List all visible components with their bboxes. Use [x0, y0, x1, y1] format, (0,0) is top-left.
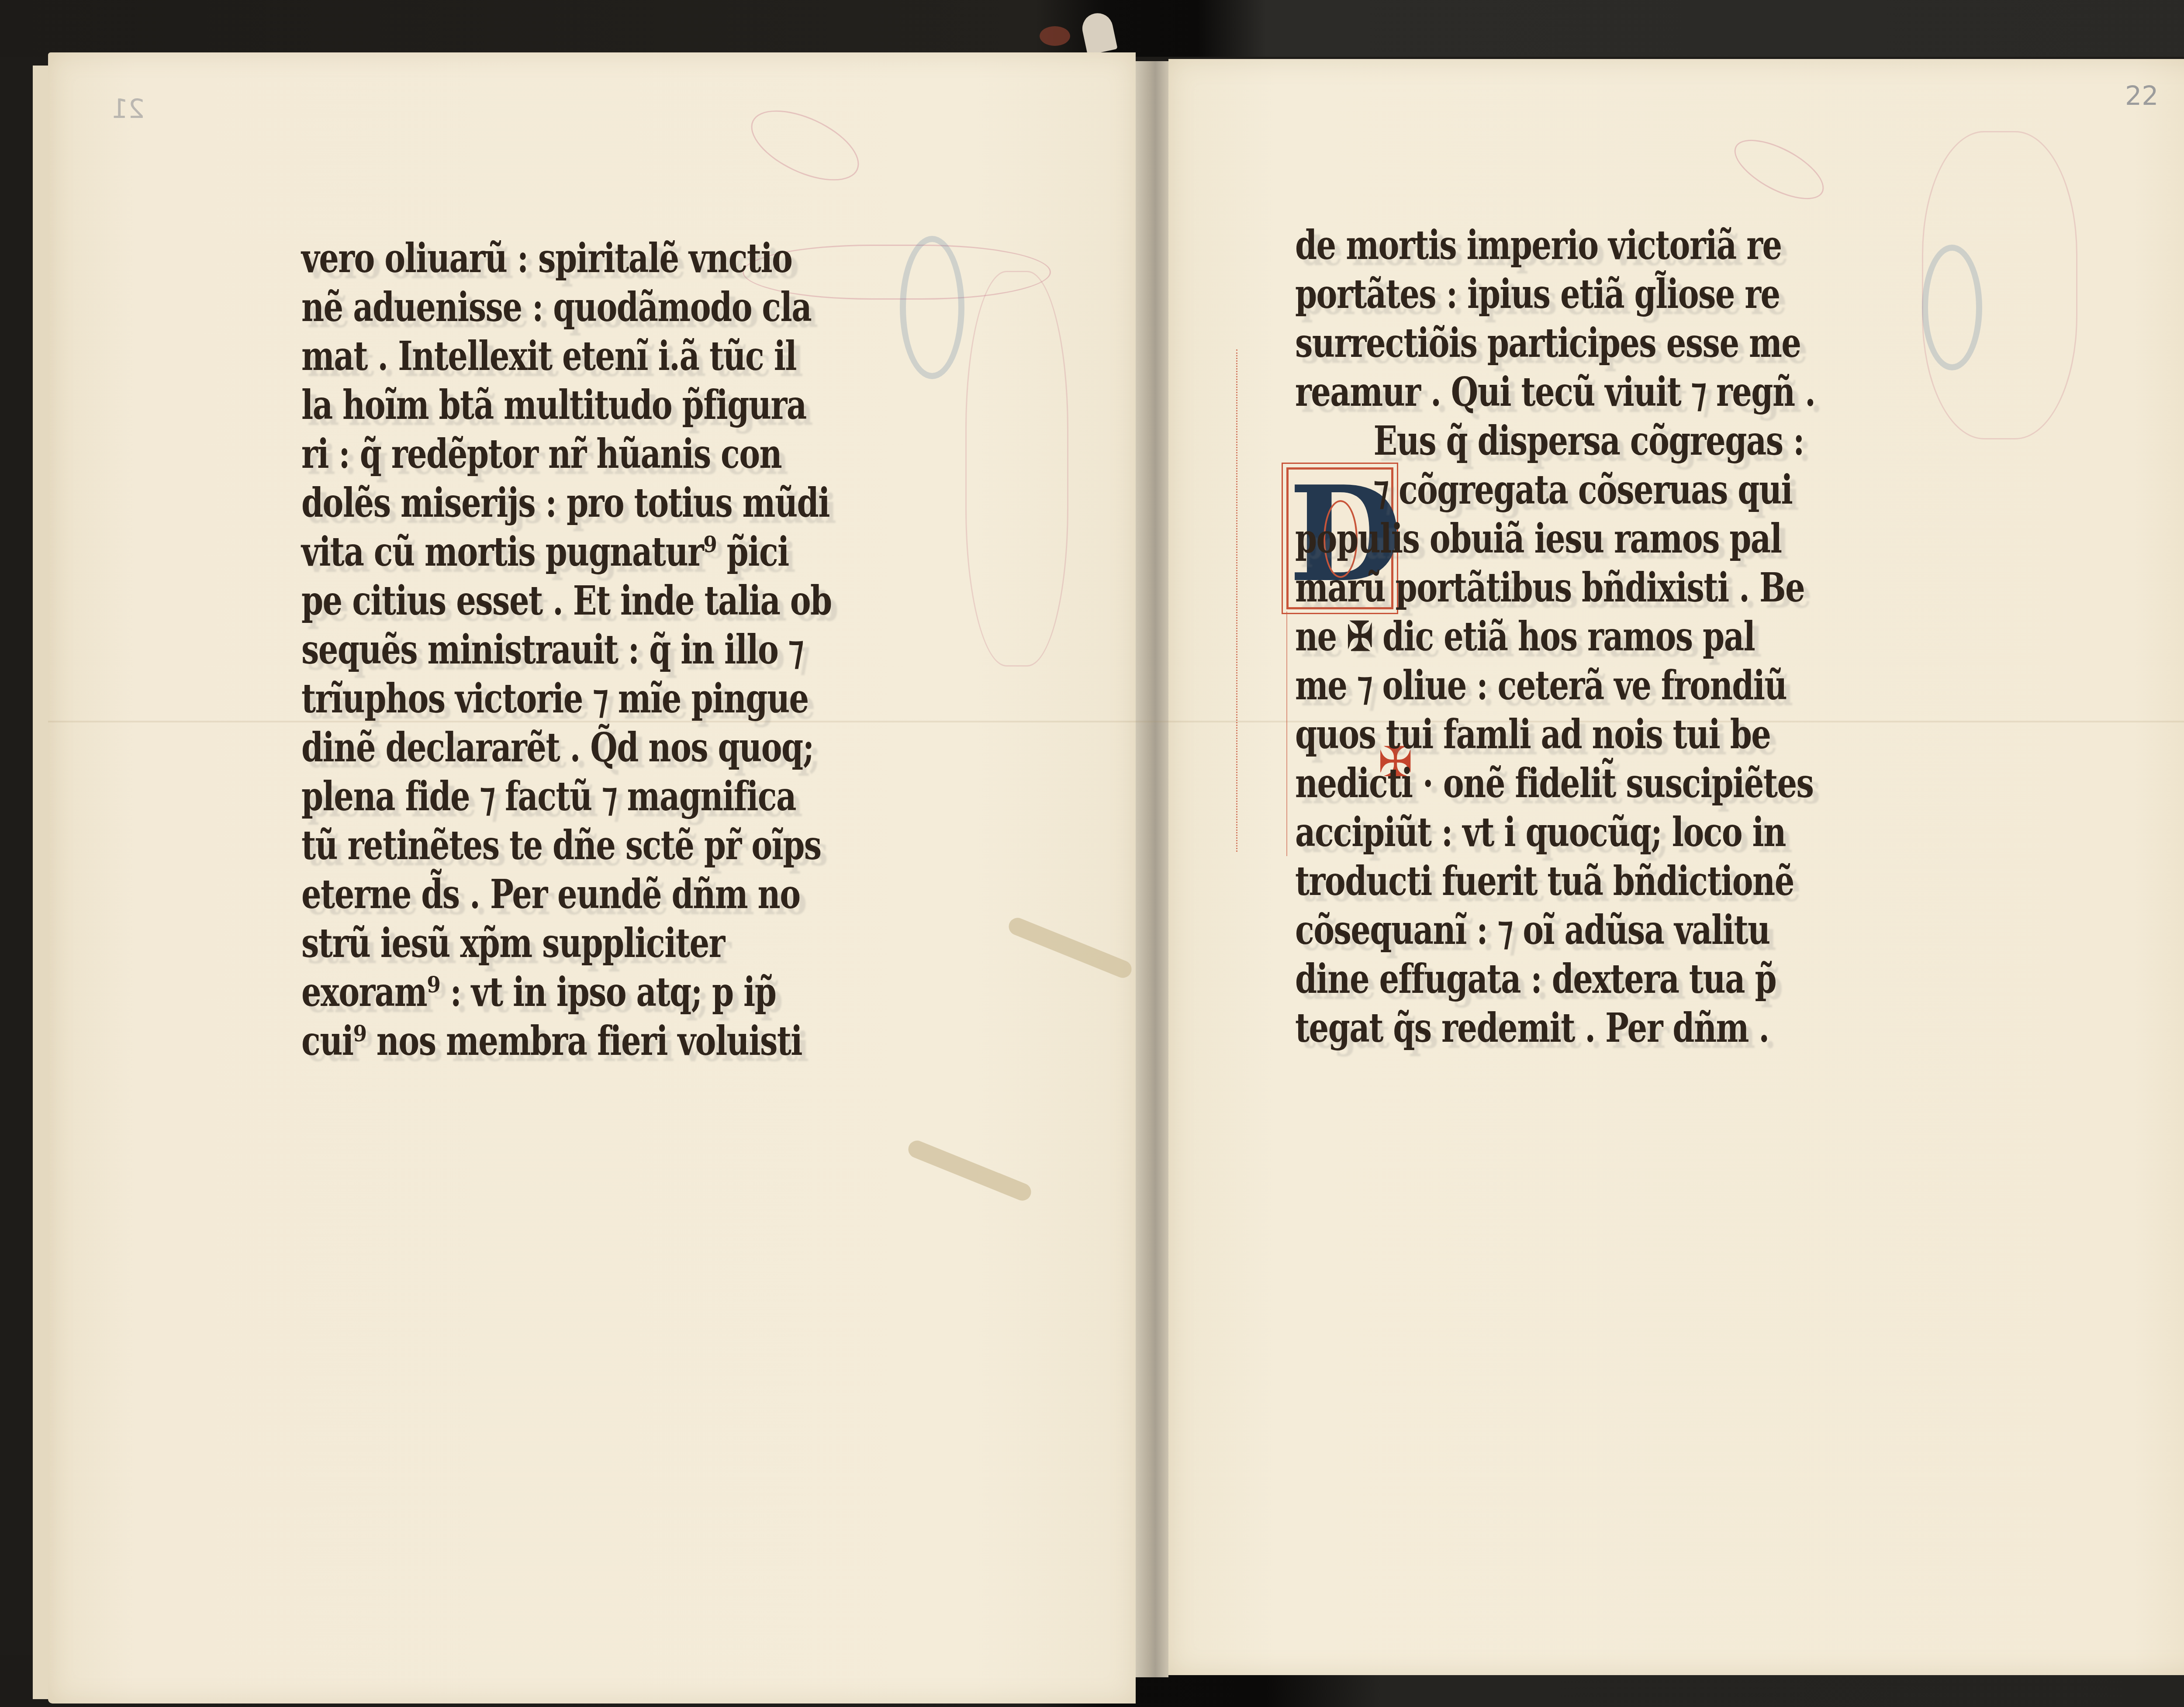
binding-thread [1040, 26, 1070, 46]
text-line: portãtes : ipius etiã gl̃iose re [1295, 270, 1874, 318]
red-penwork-border [1236, 349, 1286, 852]
text-line: de mortis imperio victoriã re [1295, 221, 1874, 270]
text-line: Eus q̃ dispersa cõgregas : [1295, 416, 1874, 465]
text-line: me ⁊ oliue : ceterã ve frondiũ [1295, 661, 1874, 710]
text-line: tegat q̃s redemit . Per dñm . [1295, 1003, 1874, 1052]
right-text-block: de mortis imperio victoriã re portãtes :… [1295, 221, 2038, 1052]
text-line: reamur . Qui tecũ viuit ⁊ regñ . [1295, 367, 1874, 416]
red-penwork-stem [1286, 612, 1287, 856]
text-line: ri : q̃ redẽptor nr̃ hũanis con [301, 429, 860, 478]
text-line: surrectiõis participes esse me [1295, 318, 1874, 367]
left-text-block: vero oliuarũ : spiritalẽ vnctio nẽ aduen… [301, 234, 1018, 1065]
text-line: cõsequanĩ : ⁊ oĩ adũsa valitu [1295, 905, 1874, 954]
text-line: marũ portãtibus bñdixisti . Be [1295, 563, 1874, 612]
text-line: vita cũ mortis pugnatur⁹ p̃ici [301, 527, 860, 576]
text-line: nedicti · onẽ fidelit̃ suscipiẽtes [1295, 759, 1874, 808]
text-line: plena fide ⁊ factũ ⁊ magnifica [301, 772, 860, 821]
text-line: troducti fuerit tuã bñdictionẽ [1295, 857, 1874, 905]
text-line: vero oliuarũ : spiritalẽ vnctio [301, 234, 860, 283]
text-line: la hoĩm btã multitudo p̃figura [301, 380, 860, 429]
gutter [1136, 61, 1168, 1677]
text-line: eterne d̃s . Per eundẽ dñm no [301, 870, 860, 919]
text-line: pe citius esset . Et inde talia ob [301, 576, 860, 625]
text-line: ne ✠ dic etiã hos ramos pal [1295, 612, 1874, 661]
text-line: tũ retinẽtes te dñe sctẽ pr̃ oĩps [301, 821, 860, 870]
text-line: sequẽs ministrauit : q̃ in illo ⁊ [301, 625, 860, 674]
text-line: accipiũt : vt i quocũq; loco in [1295, 808, 1874, 857]
text-line: quos tui famli ad nois tui be [1295, 710, 1874, 759]
text-line: exoram⁹ : vt in ipso atq; p ip̃ [301, 968, 860, 1016]
text-line: strũ iesũ xp̃m suppliciter [301, 919, 860, 968]
folio-number: 22 [2125, 81, 2158, 111]
text-line: mat . Intellexit etenĩ i.ã tũc il [301, 332, 860, 380]
text-line: cui⁹ nos membra fieri voluisti [301, 1016, 860, 1065]
text-line: populis obuiã iesu ramos pal [1295, 514, 1874, 563]
text-line: dine effugata : dextera tua p̃ [1295, 954, 1874, 1003]
text-line: ⁊ cõgregata cõseruas qui [1295, 465, 1874, 514]
text-line: dinẽ declararẽt . Q̃d nos quoq; [301, 723, 860, 772]
text-line: trĩuphos victorie ⁊ mĩe pingue [301, 674, 860, 723]
folio-number-mirrored: 21 [111, 94, 145, 124]
text-line: nẽ aduenisse : quodãmodo cla [301, 283, 860, 332]
text-line: dolẽs miserijs : pro totius mũdi [301, 478, 860, 527]
